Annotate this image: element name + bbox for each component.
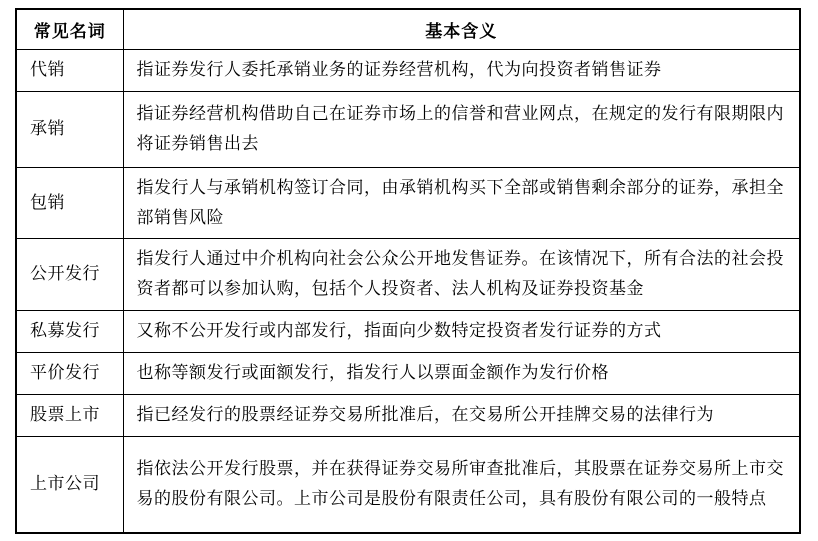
definition-cell: 也称等额发行或面额发行，指发行人以票面金额作为发行价格 — [123, 352, 800, 394]
header-term: 常见名词 — [16, 9, 123, 49]
definition-cell: 又称不公开发行或内部发行，指面向少数特定投资者发行证券的方式 — [123, 310, 800, 352]
table-row: 承销 指证券经营机构借助自己在证券市场上的信誉和营业网点，在规定的发行有限期限内… — [16, 91, 800, 167]
definition-cell: 指证券经营机构借助自己在证券市场上的信誉和营业网点，在规定的发行有限期限内将证券… — [123, 91, 800, 167]
definition-cell: 指证券发行人委托承销业务的证券经营机构，代为向投资者销售证券 — [123, 49, 800, 91]
table-row: 上市公司 指依法公开发行股票，并在获得证券交易所审查批准后，其股票在证券交易所上… — [16, 436, 800, 533]
table-row: 平价发行 也称等额发行或面额发行，指发行人以票面金额作为发行价格 — [16, 352, 800, 394]
glossary-table: 常见名词 基本含义 代销 指证券发行人委托承销业务的证券经营机构，代为向投资者销… — [15, 8, 801, 534]
term-cell: 股票上市 — [16, 394, 123, 436]
table-row: 代销 指证券发行人委托承销业务的证券经营机构，代为向投资者销售证券 — [16, 49, 800, 91]
definition-cell: 指已经发行的股票经证券交易所批准后，在交易所公开挂牌交易的法律行为 — [123, 394, 800, 436]
table-row: 股票上市 指已经发行的股票经证券交易所批准后，在交易所公开挂牌交易的法律行为 — [16, 394, 800, 436]
term-cell: 私募发行 — [16, 310, 123, 352]
term-cell: 包销 — [16, 167, 123, 238]
table-row: 公开发行 指发行人通过中介机构向社会公众公开地发售证券。在该情况下，所有合法的社… — [16, 238, 800, 310]
header-row: 常见名词 基本含义 — [16, 9, 800, 49]
table-row: 私募发行 又称不公开发行或内部发行，指面向少数特定投资者发行证券的方式 — [16, 310, 800, 352]
definition-cell: 指发行人通过中介机构向社会公众公开地发售证券。在该情况下，所有合法的社会投资者都… — [123, 238, 800, 310]
definition-cell: 指发行人与承销机构签订合同，由承销机构买下全部或销售剩余部分的证券，承担全部销售… — [123, 167, 800, 238]
document-page: 常见名词 基本含义 代销 指证券发行人委托承销业务的证券经营机构，代为向投资者销… — [0, 0, 818, 541]
term-cell: 公开发行 — [16, 238, 123, 310]
header-definition: 基本含义 — [123, 9, 800, 49]
term-cell: 上市公司 — [16, 436, 123, 533]
term-cell: 平价发行 — [16, 352, 123, 394]
definition-cell: 指依法公开发行股票，并在获得证券交易所审查批准后，其股票在证券交易所上市交易的股… — [123, 436, 800, 533]
table-row: 包销 指发行人与承销机构签订合同，由承销机构买下全部或销售剩余部分的证券，承担全… — [16, 167, 800, 238]
term-cell: 承销 — [16, 91, 123, 167]
term-cell: 代销 — [16, 49, 123, 91]
